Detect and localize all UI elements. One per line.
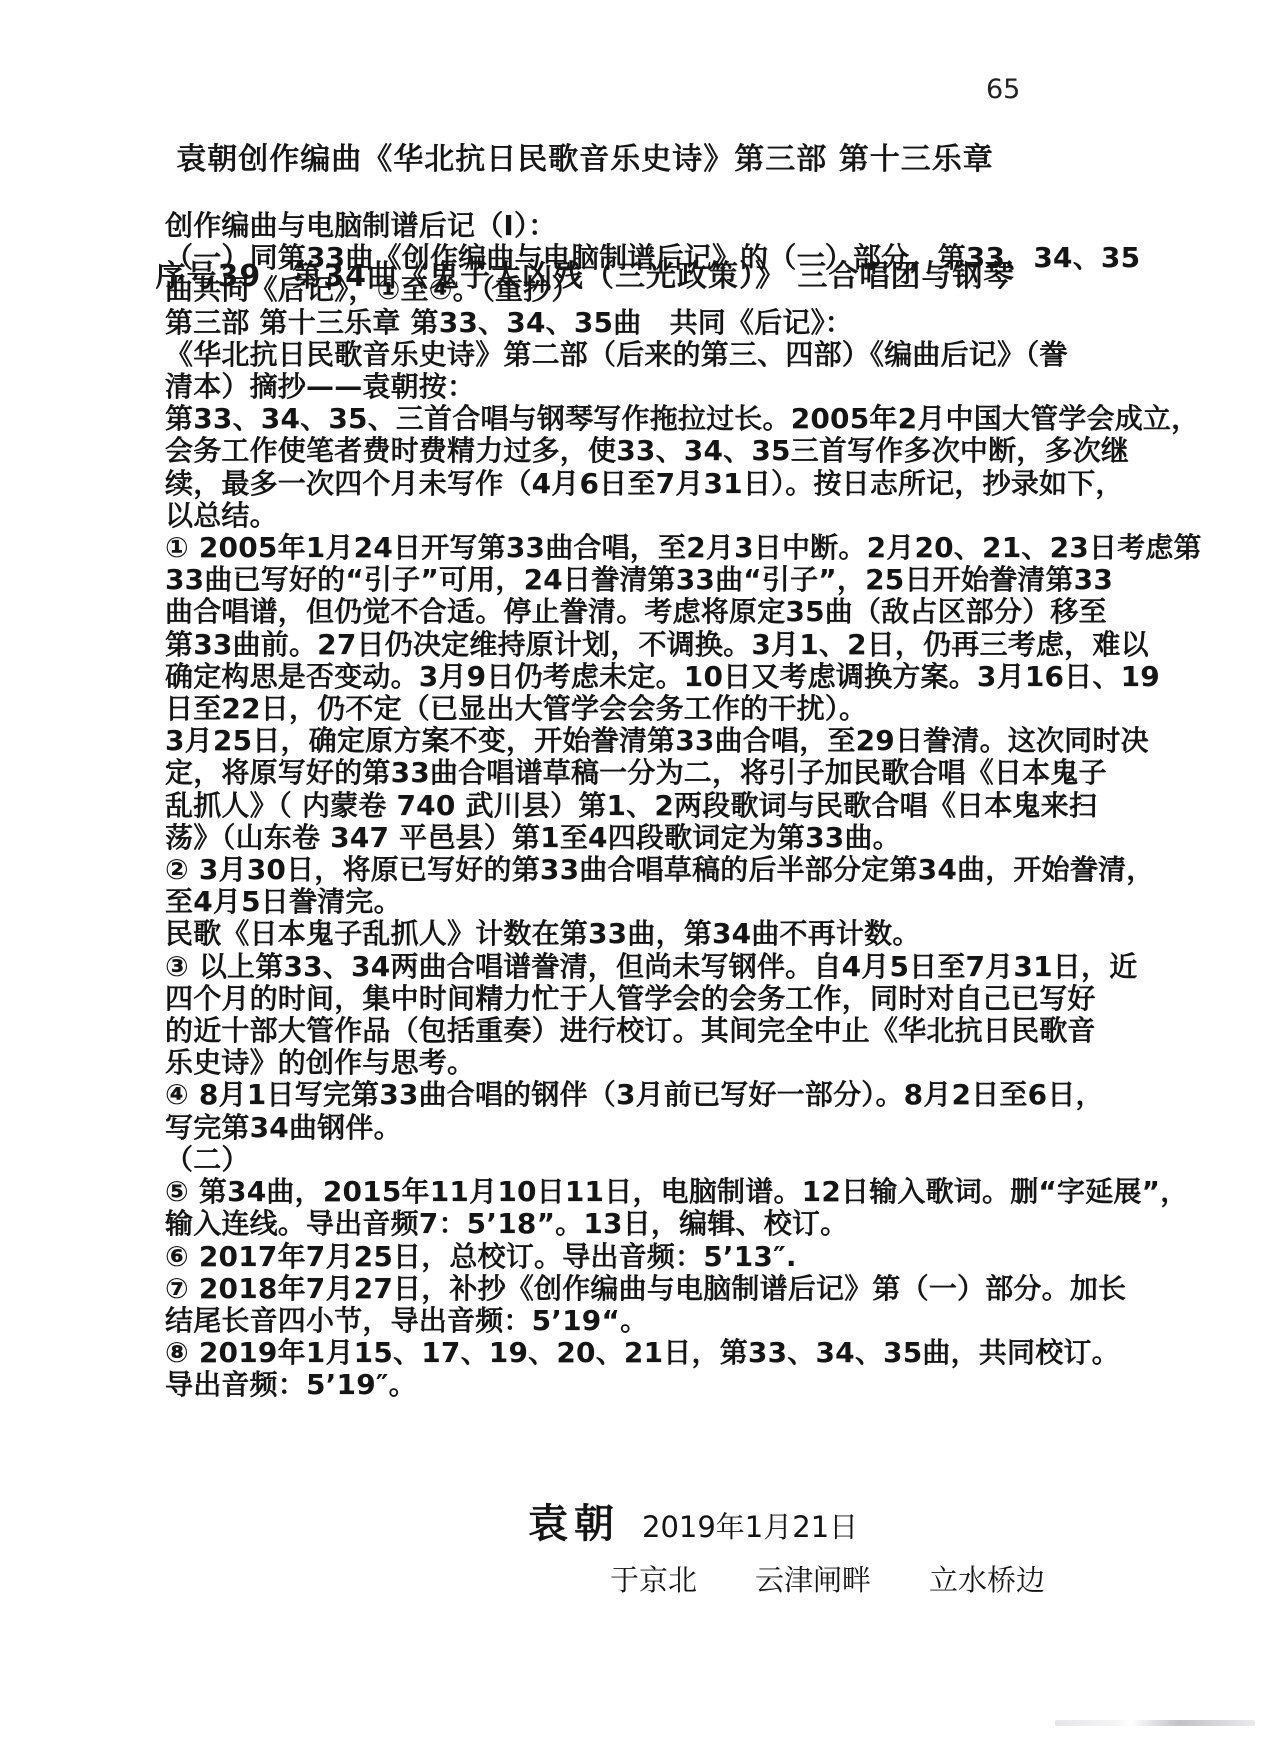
text-line: 四个月的时间，集中时间精力忙于人管学会的会务工作，同时对自己已写好	[165, 983, 1140, 1015]
text-line: 创作编曲与电脑制谱后记（Ⅰ）：	[165, 210, 1140, 242]
text-line: 以总结。	[165, 500, 1140, 532]
text-line: 《华北抗日民歌音乐史诗》第二部（后来的第三、四部）《编曲后记》（誊	[165, 339, 1140, 371]
text-line: 乱抓人》（ 内蒙卷 740 武川县）第1、2两段歌词与民歌合唱《日本鬼来扫	[165, 790, 1140, 822]
text-line: ⑤ 第34曲，2015年11月10日11日，电脑制谱。12日输入歌词。删“字延展…	[165, 1176, 1140, 1208]
text-line: ⑦ 2018年7月27日，补抄《创作编曲与电脑制谱后记》第（一）部分。加长	[165, 1273, 1140, 1305]
text-line: 33曲已写好的“引子”可用，24日誊清第33曲“引子”，25日开始誊清第33	[165, 564, 1140, 596]
text-line: ⑥ 2017年7月25日，总校订。导出音频：5’13″.	[165, 1241, 1140, 1273]
text-line: 的近十部大管作品（包括重奏）进行校订。其间完全中止《华北抗日民歌音	[165, 1015, 1140, 1047]
text-line: 曲合唱谱，但仍觉不合适。停止誊清。考虑将原定35曲（敌占区部分）移至	[165, 596, 1140, 628]
text-line: ② 3月30日，将原已写好的第33曲合唱草稿的后半部分定第34曲，开始誊清，	[165, 854, 1140, 886]
text-line: 写完第34曲钢伴。	[165, 1112, 1140, 1144]
text-line: 第33曲前。27日仍决定维持原计划，不调换。3月1、2日，仍再三考虑，难以	[165, 629, 1140, 661]
faint-watermark	[1055, 1720, 1255, 1726]
text-line: ⑧ 2019年1月15、17、19、20、21日，第33、34、35曲，共同校订…	[165, 1337, 1140, 1369]
postscript-body: 创作编曲与电脑制谱后记（Ⅰ）：（一）同第33曲《创作编曲与电脑制谱后记》的（一）…	[165, 210, 1140, 1402]
text-line: ① 2005年1月24日开写第33曲合唱，至2月3日中断。2月20、21、23日…	[165, 532, 1140, 564]
text-line: 民歌《日本鬼子乱抓人》计数在第33曲，第34曲不再计数。	[165, 918, 1140, 950]
text-line: 结尾长音四小节，导出音频：5’19“。	[165, 1305, 1140, 1337]
text-line: 第三部 第十三乐章 第33、34、35曲 共同《后记》：	[165, 307, 1140, 339]
text-line: 至4月5日誊清完。	[165, 886, 1140, 918]
text-line: 导出音频：5’19″。	[165, 1369, 1140, 1401]
signature-block: 袁朝 2019年1月21日 于京北 云津闸畔 立水桥边	[528, 1492, 1045, 1599]
text-line: 荡》（山东卷 347 平邑县）第1至4四段歌词定为第33曲。	[165, 822, 1140, 854]
text-line: ④ 8月1日写完第33曲合唱的钢伴（3月前已写好一部分）。8月2日至6日，	[165, 1079, 1140, 1111]
text-line: 3月25日，确定原方案不变，开始誊清第33曲合唱，至29日誊清。这次同时决	[165, 725, 1140, 757]
text-line: （二）	[165, 1144, 1140, 1176]
page-number: 65	[986, 74, 1020, 105]
author-name: 袁朝	[528, 1492, 620, 1549]
text-line: 第33、34、35、三首合唱与钢琴写作拖拉过长。2005年2月中国大管学会成立，	[165, 403, 1140, 435]
text-line: 乐史诗》的创作与思考。	[165, 1047, 1140, 1079]
signature-date: 2019年1月21日	[642, 1505, 858, 1546]
text-line: 确定构思是否变动。3月9日仍考虑未定。10日又考虑调换方案。3月16日、19	[165, 661, 1140, 693]
text-line: 输入连线。导出音频7：5’18”。13日，编辑、校订。	[165, 1208, 1140, 1240]
text-line: 会务工作使笔者费时费精力过多，使33、34、35三首写作多次中断，多次继	[165, 435, 1140, 467]
header-line-1: 袁朝创作编曲《华北抗日民歌音乐史诗》第三部 第十三乐章	[0, 140, 1170, 179]
text-line: 续，最多一次四个月未写作（4月6日至7月31日）。按日志所记，抄录如下，	[165, 468, 1140, 500]
text-line: ③ 以上第33、34两曲合唱谱誊清，但尚未写钢伴。自4月5日至7月31日，近	[165, 951, 1140, 983]
text-line: 日至22日，仍不定（已显出大管学会会务工作的干扰）。	[165, 693, 1140, 725]
text-line: （一）同第33曲《创作编曲与电脑制谱后记》的（一）部分，第33、34、35	[165, 242, 1140, 274]
document-page: 袁朝创作编曲《华北抗日民歌音乐史诗》第三部 第十三乐章 序号39 第34曲《鬼子…	[0, 0, 1278, 1757]
text-line: 清本）摘抄——袁朝按：	[165, 371, 1140, 403]
text-line: 曲共同《后记》，①至④。（重抄）	[165, 274, 1140, 306]
signature-place: 于京北 云津闸畔 立水桥边	[610, 1558, 1045, 1599]
text-line: 定，将原写好的第33曲合唱谱草稿一分为二，将引子加民歌合唱《日本鬼子	[165, 757, 1140, 789]
